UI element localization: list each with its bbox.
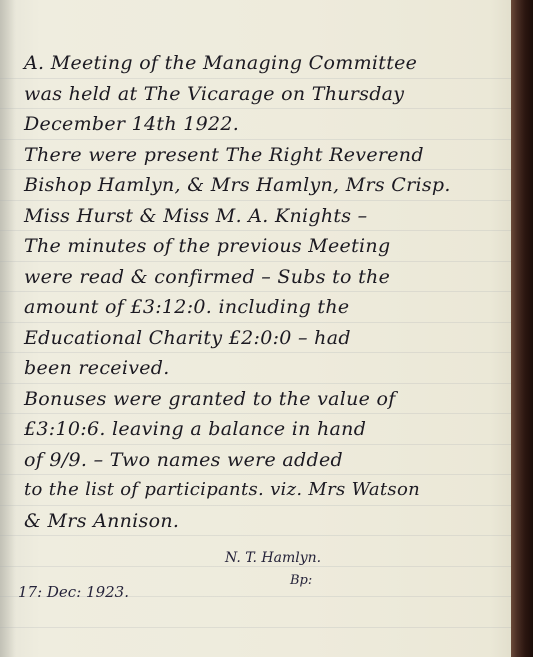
minutes-line: Bonuses were granted to the value of [24, 384, 509, 415]
minutes-line: amount of £3:12:0. including the [24, 292, 509, 323]
minutes-line: been received. [24, 353, 509, 384]
minutes-line: Bishop Hamlyn, & Mrs Hamlyn, Mrs Crisp. [24, 170, 509, 201]
minutes-line: Miss Hurst & Miss M. A. Knights – [24, 201, 509, 232]
minutes-line: A. Meeting of the Managing Committee [24, 48, 509, 79]
minutes-line: were read & confirmed – Subs to the [24, 262, 509, 293]
minutes-line: £3:10:6. leaving a balance in hand [24, 414, 509, 445]
ruled-line [0, 566, 511, 567]
minutes-line: to the list of participants. viz. Mrs Wa… [24, 475, 509, 506]
minutes-line: Educational Charity £2:0:0 – had [24, 323, 509, 354]
minutes-line: December 14th 1922. [24, 109, 509, 140]
minutes-text: A. Meeting of the Managing Committee was… [24, 48, 509, 536]
document-page: A. Meeting of the Managing Committee was… [0, 0, 511, 657]
minutes-line: & Mrs Annison. [24, 506, 509, 537]
minutes-line: of 9/9. – Two names were added [24, 445, 509, 476]
date-signed: 17: Dec: 1923. [18, 583, 129, 601]
page-gutter-shadow [0, 0, 16, 657]
minutes-line: There were present The Right Reverend [24, 140, 509, 171]
minutes-line: The minutes of the previous Meeting [24, 231, 509, 262]
signature-title: Bp: [290, 573, 312, 588]
signature: N. T. Hamlyn. [225, 550, 321, 566]
ruled-line [0, 627, 511, 628]
book-binding-edge [511, 0, 533, 657]
minutes-line: was held at The Vicarage on Thursday [24, 79, 509, 110]
